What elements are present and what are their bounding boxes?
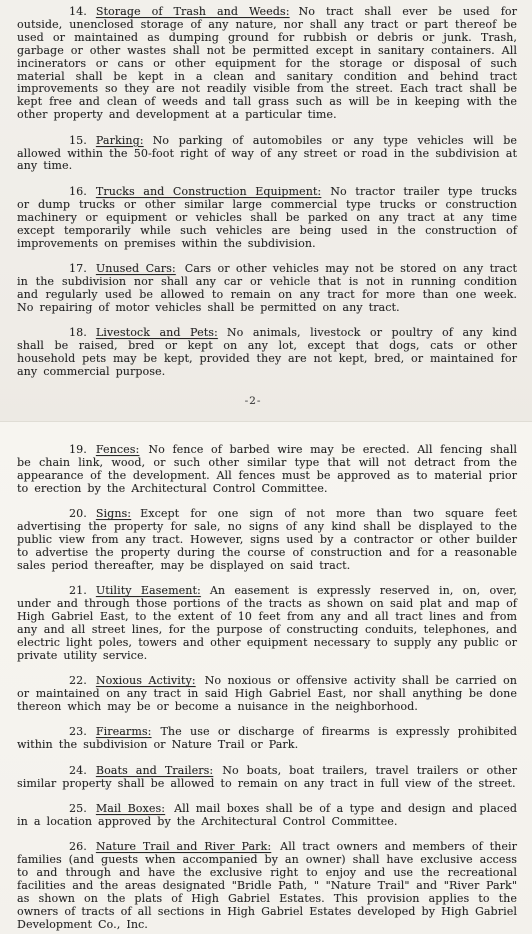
paragraph-text: An easement is expressly reserved in, on… xyxy=(17,584,517,662)
covenant-paragraph-25: 25.Mail Boxes:All mail boxes shall be of… xyxy=(17,803,517,829)
covenant-paragraph-21: 21.Utility Easement:An easement is expre… xyxy=(17,585,517,662)
covenant-paragraph-19: 19.Fences:No fence of barbed wire may be… xyxy=(17,444,517,496)
paragraph-text: The use or discharge of firearms is expr… xyxy=(17,725,517,751)
paragraph-title: Signs: xyxy=(96,507,131,520)
covenant-paragraph-24: 24.Boats and Trailers:No boats, boat tra… xyxy=(17,765,517,791)
paragraph-number: 26. xyxy=(69,840,87,853)
paragraph-text: No parking of automobiles or any type ve… xyxy=(17,134,517,173)
paragraph-title: Parking: xyxy=(96,134,144,147)
covenant-paragraph-22: 22.Noxious Activity:No noxious or offens… xyxy=(17,675,517,714)
covenant-paragraph-26: 26.Nature Trail and River Park:All tract… xyxy=(17,841,517,931)
paragraph-title: Nature Trail and River Park: xyxy=(96,840,271,853)
paragraph-number: 14. xyxy=(69,5,87,18)
covenant-paragraph-17: 17.Unused Cars:Cars or other vehicles ma… xyxy=(17,263,517,315)
paragraph-title: Storage of Trash and Weeds: xyxy=(96,5,290,18)
paragraph-number: 18. xyxy=(69,326,87,339)
paragraph-title: Boats and Trailers: xyxy=(96,764,213,777)
covenant-paragraph-16: 16.Trucks and Construction Equipment:No … xyxy=(17,186,517,251)
paragraph-text: No animals, livestock or poultry of any … xyxy=(17,326,517,378)
paragraph-text: No tract shall ever be used for outside,… xyxy=(17,5,517,121)
page-number: -2- xyxy=(0,395,519,407)
paragraph-text: No noxious or offensive activity shall b… xyxy=(17,674,517,713)
paragraph-text: All tract owners and members of their fa… xyxy=(17,840,517,930)
paragraph-text: Except for one sign of not more than two… xyxy=(17,507,517,572)
covenant-paragraph-15: 15.Parking:No parking of automobiles or … xyxy=(17,135,517,174)
paragraph-title: Trucks and Construction Equipment: xyxy=(96,185,321,198)
paragraph-number: 22. xyxy=(69,674,87,687)
scanned-document: 14.Storage of Trash and Weeds:No tract s… xyxy=(0,0,532,934)
paragraph-title: Fences: xyxy=(96,443,140,456)
paragraph-title: Mail Boxes: xyxy=(96,802,165,815)
paragraph-title: Firearms: xyxy=(96,725,152,738)
page-section-top: 14.Storage of Trash and Weeds:No tract s… xyxy=(0,0,532,421)
paragraph-title: Utility Easement: xyxy=(96,584,201,597)
paragraph-text: No boats, boat trailers, travel trailers… xyxy=(17,764,517,790)
covenant-paragraph-20: 20.Signs:Except for one sign of not more… xyxy=(17,508,517,573)
paragraph-number: 20. xyxy=(69,507,87,520)
paragraph-text: No fence of barbed wire may be erected. … xyxy=(17,443,517,495)
paragraph-number: 15. xyxy=(69,134,87,147)
paragraph-number: 24. xyxy=(69,764,87,777)
paragraph-number: 19. xyxy=(69,443,87,456)
paragraph-number: 21. xyxy=(69,584,87,597)
paragraph-title: Livestock and Pets: xyxy=(96,326,218,339)
paragraph-text: All mail boxes shall be of a type and de… xyxy=(17,802,517,828)
paragraph-title: Unused Cars: xyxy=(96,262,176,275)
paragraph-number: 23. xyxy=(69,725,87,738)
covenant-paragraph-18: 18.Livestock and Pets:No animals, livest… xyxy=(17,327,517,379)
paragraph-title: Noxious Activity: xyxy=(96,674,196,687)
covenant-paragraph-23: 23.Firearms:The use or discharge of fire… xyxy=(17,726,517,752)
paragraph-text: Cars or other vehicles may not be stored… xyxy=(17,262,517,314)
paragraph-number: 16. xyxy=(69,185,87,198)
page-section-bottom: 19.Fences:No fence of barbed wire may be… xyxy=(0,421,532,934)
paragraph-number: 25. xyxy=(69,802,87,815)
paragraph-number: 17. xyxy=(69,262,87,275)
covenant-paragraph-14: 14.Storage of Trash and Weeds:No tract s… xyxy=(17,6,517,122)
